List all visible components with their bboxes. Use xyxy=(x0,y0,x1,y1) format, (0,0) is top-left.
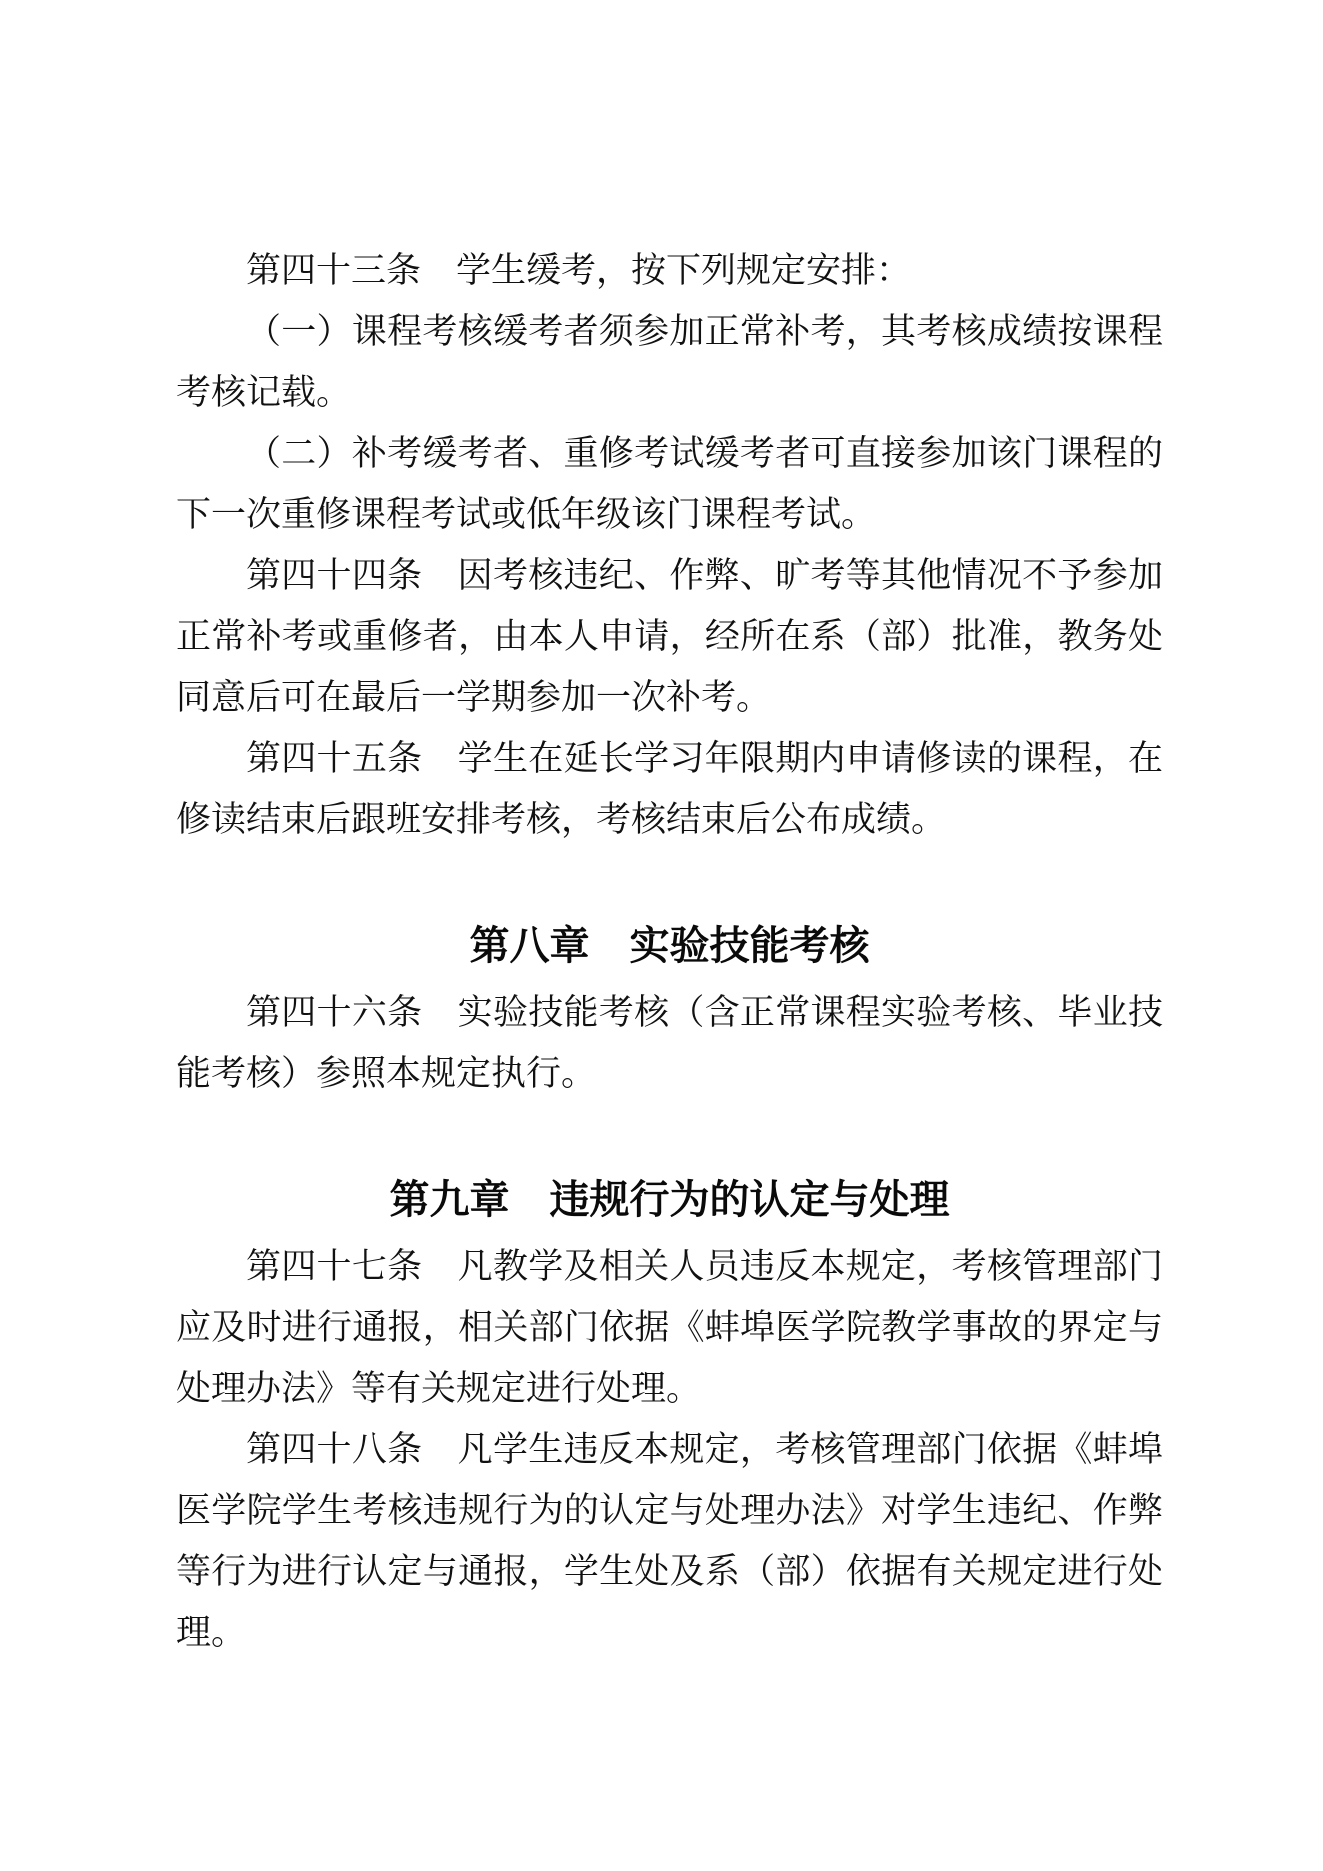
body-paragraph: 第四十三条 学生缓考，按下列规定安排： xyxy=(176,240,1163,301)
document-content: 第四十三条 学生缓考，按下列规定安排：（一）课程考核缓考者须参加正常补考，其考核… xyxy=(176,240,1163,1663)
document-page: 第四十三条 学生缓考，按下列规定安排：（一）课程考核缓考者须参加正常补考，其考核… xyxy=(0,0,1323,1871)
chapter-heading: 第九章 违规行为的认定与处理 xyxy=(176,1168,1163,1232)
body-paragraph: 第四十七条 凡教学及相关人员违反本规定，考核管理部门应及时进行通报，相关部门依据… xyxy=(176,1236,1163,1419)
body-paragraph: （一）课程考核缓考者须参加正常补考，其考核成绩按课程考核记载。 xyxy=(176,301,1163,423)
chapter-heading: 第八章 实验技能考核 xyxy=(176,914,1163,978)
body-paragraph: 第四十四条 因考核违纪、作弊、旷考等其他情况不予参加正常补考或重修者，由本人申请… xyxy=(176,545,1163,728)
body-paragraph: 第四十五条 学生在延长学习年限期内申请修读的课程，在修读结束后跟班安排考核，考核… xyxy=(176,728,1163,850)
body-paragraph: 第四十六条 实验技能考核（含正常课程实验考核、毕业技能考核）参照本规定执行。 xyxy=(176,982,1163,1104)
body-paragraph: 第四十八条 凡学生违反本规定，考核管理部门依据《蚌埠医学院学生考核违规行为的认定… xyxy=(176,1419,1163,1663)
body-paragraph: （二）补考缓考者、重修考试缓考者可直接参加该门课程的下一次重修课程考试或低年级该… xyxy=(176,423,1163,545)
